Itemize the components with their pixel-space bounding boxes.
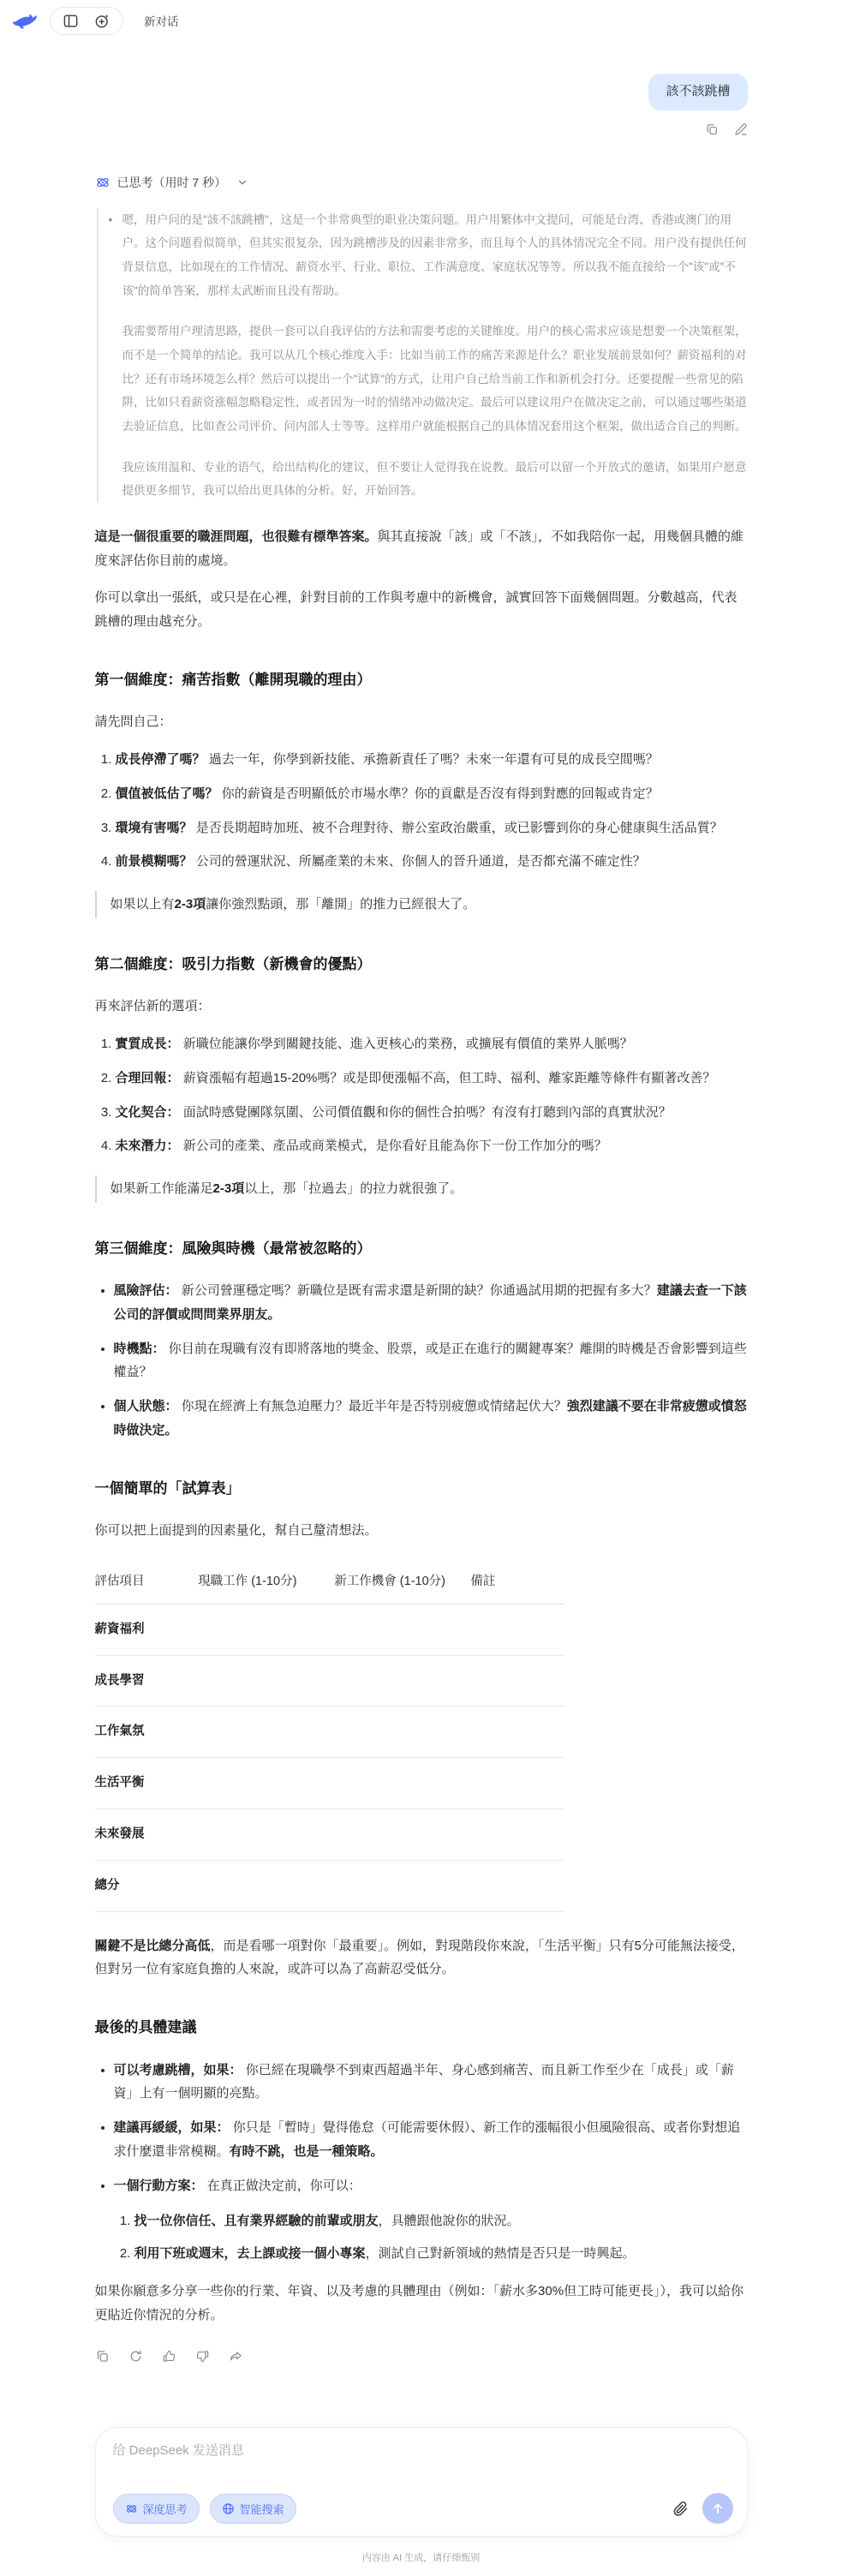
item-term: 可以考慮跳槽，如果： (114, 2063, 242, 2077)
list-item: 一個行動方案： 在真正做決定前，你可以： 找一位你信任、且有業界經驗的前輩或朋友… (114, 2174, 748, 2266)
empty-cell (198, 1604, 334, 1655)
item-term: 時機點： (114, 1342, 165, 1356)
item-text: 你的薪資是否明顯低於市場水準？你的貢獻是否沒有得到對應的回報或肯定？ (222, 786, 659, 801)
action-steps-list: 找一位你信任、且有業界經驗的前輩或朋友，具體跟他說你的狀況。 利用下班或週末，去… (114, 2209, 748, 2266)
item-term: 風險評估： (114, 1283, 178, 1298)
empty-cell (470, 1655, 564, 1706)
quote-text: 如果新工作能滿足 (110, 1181, 213, 1196)
list-item: 個人狀態： 你現在經濟上有無急迫壓力？最近半年是否特別疲憊或情緒起伏大？強烈建議… (114, 1395, 748, 1443)
item-term: 前景模糊嗎？ (116, 854, 193, 869)
empty-cell (334, 1706, 470, 1758)
dim2-quote: 如果新工作能滿足2-3項以上，那「拉過去」的拉力就很強了。 (95, 1175, 748, 1203)
assistant-answer: 這是一個很重要的職涯問題，也很難有標準答案。與其直接說「該」或「不該」，不如我陪… (95, 525, 748, 2327)
column-header: 評估項目 (95, 1562, 199, 1604)
composer-area: 深度思考 智能搜索 (95, 2427, 748, 2564)
item-text: 是否長期超時加班、被不合理對待、辦公室政治嚴重，或已影響到你的身心健康與生活品質… (196, 821, 723, 835)
table-lead: 你可以把上面提到的因素量化，幫自己釐清想法。 (95, 1519, 748, 1543)
deepseek-logo[interactable] (12, 11, 38, 31)
table-row: 成長學習 (95, 1655, 565, 1706)
item-text: 新職位能讓你學到關鍵技能、進入更核心的業務，或擴展有價值的業界人脈嗎？ (183, 1037, 633, 1051)
key-note: 關鍵不是比總分高低，而是看哪一項對你「最重要」。例如，對現階段你來說，「生活平衡… (95, 1934, 748, 1982)
item-text: 你目前在現職有沒有即將落地的獎金、股票，或是正在進行的關鍵專案？離開的時機是否會… (114, 1342, 747, 1380)
table-row: 總分 (95, 1860, 565, 1911)
send-button[interactable] (702, 2493, 733, 2524)
item-bold-tail: 有時不跳，也是一種策略。 (230, 2144, 384, 2159)
dim1-quote: 如果以上有2-3項讓你強烈點頭，那「離開」的推力已經很大了。 (95, 891, 748, 918)
arrow-up-icon (710, 2501, 726, 2516)
edit-user-message-button[interactable] (734, 123, 748, 136)
assistant-message-block: 已思考（用时 7 秒） • 嗯，用户问的是"該不該跳槽"，这是一个非常典型的职业… (95, 174, 748, 2364)
quote-text: 如果以上有 (110, 897, 175, 911)
row-label: 薪資福利 (95, 1604, 199, 1655)
copy-icon (95, 2349, 110, 2364)
item-text: 薪資漲幅有超過15-20%嗎？或是即便漲幅不高，但工時、福利、離家距離等條件有顯… (183, 1071, 716, 1085)
web-search-label: 智能搜索 (240, 2501, 284, 2517)
item-term: 一個行動方案： (114, 2179, 204, 2193)
empty-cell (334, 1808, 470, 1860)
step-bold: 利用下班或週末，去上課或接一個小專案 (134, 2246, 366, 2261)
thinking-header-label: 已思考（用时 7 秒） (117, 174, 227, 191)
item-term: 個人狀態： (114, 1399, 178, 1414)
section-heading-final: 最後的具體建議 (95, 2014, 748, 2041)
empty-cell (334, 1758, 470, 1809)
step-text: ，具體跟他說你的狀況。 (379, 2214, 520, 2228)
list-item: 價值被低估了嗎？ 你的薪資是否明顯低於市場水準？你的貢獻是否沒有得到對應的回報或… (116, 782, 748, 806)
quote-text: 以上，那「拉過去」的拉力就很強了。 (244, 1181, 463, 1196)
row-label: 工作氣氛 (95, 1706, 199, 1758)
key-note-bold: 關鍵不是比總分高低 (95, 1939, 211, 1953)
sidebar-toggle-button[interactable] (63, 13, 79, 29)
item-term: 成長停滯了嗎？ (116, 752, 206, 767)
thumbs-down-icon (195, 2349, 210, 2364)
user-message-bubble: 該不該跳槽 (648, 74, 747, 111)
final-list: 可以考慮跳槽，如果： 你已經在現職學不到東西超過半年、身心感到痛苦、而且新工作至… (95, 2059, 748, 2266)
quote-bold: 2-3項 (213, 1181, 245, 1196)
copy-user-message-button[interactable] (705, 123, 719, 136)
empty-cell (334, 1655, 470, 1706)
share-button[interactable] (229, 2349, 243, 2364)
user-message-actions (95, 123, 748, 136)
dim1-list: 成長停滯了嗎？ 過去一年，你學到新技能、承擔新責任了嗎？未來一年還有可見的成長空… (95, 748, 748, 874)
quote-text: 讓你強烈點頭，那「離開」的推力已經很大了。 (206, 897, 475, 911)
assistant-actions (95, 2349, 748, 2364)
intro-bold: 這是一個很重要的職涯問題，也很難有標準答案。 (95, 529, 378, 544)
share-icon (229, 2349, 243, 2364)
copy-response-button[interactable] (95, 2349, 110, 2364)
step-bold: 找一位你信任、且有業界經驗的前輩或朋友 (134, 2214, 379, 2228)
deepseek-whale-icon (12, 11, 38, 31)
thinking-paragraph: 我应该用温和、专业的语气，给出结构化的建议，但不要让人觉得我在说教。最后可以留一… (122, 456, 748, 503)
thinking-paragraph: 嗯，用户问的是"該不該跳槽"，这是一个非常典型的职业决策问题。用户用繁体中文提问… (122, 208, 748, 303)
section-heading-table: 一個簡單的「試算表」 (95, 1475, 748, 1502)
empty-cell (198, 1758, 334, 1809)
item-text: 新公司營運穩定嗎？新職位是既有需求還是新開的缺？你通過試用期的把握有多大？ (182, 1283, 657, 1298)
thumbs-down-button[interactable] (195, 2349, 210, 2364)
empty-cell (198, 1808, 334, 1860)
list-item: 環境有害嗎？ 是否長期超時加班、被不合理對待、辦公室政治嚴重，或已影響到你的身心… (116, 816, 748, 840)
list-item: 成長停滯了嗎？ 過去一年，你學到新技能、承擔新責任了嗎？未來一年還有可見的成長空… (116, 748, 748, 772)
intro-paragraph: 這是一個很重要的職涯問題，也很難有標準答案。與其直接說「該」或「不該」，不如我陪… (95, 525, 748, 573)
deepthink-toggle[interactable]: 深度思考 (113, 2494, 200, 2524)
thumbs-up-icon (162, 2349, 176, 2364)
quote-bold: 2-3項 (175, 897, 206, 911)
deepthink-atom-icon (125, 2502, 138, 2515)
table-row: 工作氣氛 (95, 1706, 565, 1758)
chat-content: 該不該跳槽 已思考（用时 7 秒） (95, 74, 748, 2364)
row-label: 生活平衡 (95, 1758, 199, 1809)
section-heading-dim2: 第二個維度：吸引力指數（新機會的優點） (95, 951, 748, 977)
empty-cell (334, 1604, 470, 1655)
composer[interactable]: 深度思考 智能搜索 (95, 2427, 748, 2537)
score-table: 評估項目 現職工作 (1-10分) 新工作機會 (1-10分) 備註 薪資福利 … (95, 1562, 565, 1912)
row-label: 未來發展 (95, 1808, 199, 1860)
empty-cell (470, 1860, 564, 1911)
empty-cell (470, 1758, 564, 1809)
item-term: 價值被低估了嗎？ (116, 786, 218, 801)
item-text: 公司的營運狀況、所屬產業的未來、你個人的晉升通道，是否都充滿不確定性？ (196, 854, 646, 869)
thinking-paragraph: 我需要帮用户理清思路，提供一套可以自我评估的方法和需要考虑的关键维度。用户的核心… (122, 320, 748, 438)
item-term: 環境有害嗎？ (116, 821, 193, 835)
list-item: 文化契合： 面試時感覺團隊氛圍、公司價值觀和你的個性合拍嗎？有沒有打聽到內部的真… (116, 1101, 748, 1125)
item-text: 新公司的產業、產品或商業模式，是你看好且能為你下一份工作加分的嗎？ (183, 1139, 607, 1153)
item-term: 合理回報： (116, 1071, 180, 1085)
column-header: 新工作機會 (1-10分) (334, 1562, 470, 1604)
regenerate-icon (128, 2349, 143, 2364)
list-item: 未來潛力： 新公司的產業、產品或商業模式，是你看好且能為你下一份工作加分的嗎？ (116, 1134, 748, 1158)
empty-cell (198, 1655, 334, 1706)
item-text: 面試時感覺團隊氛圍、公司價值觀和你的個性合拍嗎？有沒有打聽到內部的真實狀況？ (183, 1105, 672, 1120)
list-item: 利用下班或週末，去上課或接一個小專案，測試自己對新領域的熱情是否只是一時興起。 (134, 2242, 748, 2266)
step-text: ，測試自己對新領域的熱情是否只是一時興起。 (366, 2246, 636, 2261)
table-header-row: 評估項目 現職工作 (1-10分) 新工作機會 (1-10分) 備註 (95, 1562, 565, 1604)
item-term: 文化契合： (116, 1105, 180, 1120)
ai-disclaimer: 内容由 AI 生成，请仔细甄别 (95, 2550, 748, 2564)
column-header: 現職工作 (1-10分) (198, 1562, 334, 1604)
table-row: 薪資福利 (95, 1604, 565, 1655)
empty-cell (470, 1604, 564, 1655)
empty-cell (470, 1706, 564, 1758)
empty-cell (470, 1808, 564, 1860)
thinking-toggle[interactable]: 已思考（用时 7 秒） (95, 174, 249, 191)
dim1-lead: 請先問自己： (95, 710, 748, 734)
row-label: 成長學習 (95, 1655, 199, 1706)
new-chat-button[interactable] (94, 13, 110, 29)
list-item: 時機點： 你目前在現職有沒有即將落地的獎金、股票，或是正在進行的關鍵專案？離開的… (114, 1337, 748, 1385)
globe-icon (222, 2502, 235, 2515)
row-label: 總分 (95, 1860, 199, 1911)
paperclip-icon (672, 2500, 689, 2517)
regenerate-button[interactable] (128, 2349, 143, 2364)
chevron-down-icon (236, 176, 248, 188)
pencil-icon (734, 123, 748, 136)
deepthink-label: 深度思考 (143, 2501, 188, 2517)
empty-cell (334, 1860, 470, 1911)
dim2-lead: 再來評估新的選項： (95, 995, 748, 1019)
item-text: 你現在經濟上有無急迫壓力？最近半年是否特別疲憊或情緒起伏大？ (182, 1399, 567, 1414)
thinking-content: • 嗯，用户问的是"該不該跳槽"，这是一个非常典型的职业决策问题。用户用繁体中文… (97, 208, 748, 503)
dim3-list: 風險評估： 新公司營運穩定嗎？新職位是既有需求還是新開的缺？你通過試用期的把握有… (95, 1279, 748, 1443)
list-item: 找一位你信任、且有業界經驗的前輩或朋友，具體跟他說你的狀況。 (134, 2209, 748, 2233)
attach-button[interactable] (672, 2500, 689, 2517)
list-item: 合理回報： 薪資漲幅有超過15-20%嗎？或是即便漲幅不高，但工時、福利、離家距… (116, 1067, 748, 1091)
panel-left-icon (63, 13, 79, 29)
nav-pill (50, 7, 123, 35)
intro-paragraph-2: 你可以拿出一張紙，或只是在心裡，針對目前的工作與考慮中的新機會，誠實回答下面幾個… (95, 586, 748, 634)
deepseek-chat-page: 新对话 該不該跳槽 (0, 0, 842, 2564)
empty-cell (198, 1706, 334, 1758)
new-chat-icon (94, 13, 110, 29)
thumbs-up-button[interactable] (162, 2349, 176, 2364)
column-header: 備註 (470, 1562, 564, 1604)
item-text: 在真正做決定前，你可以： (207, 2179, 361, 2193)
composer-controls: 深度思考 智能搜索 (113, 2493, 733, 2524)
section-heading-dim3: 第三個維度：風險與時機（最常被忽略的） (95, 1235, 748, 1262)
list-item: 建議再緩緩，如果： 你只是「暫時」覺得倦怠（可能需要休假）、新工作的漲幅很小但風… (114, 2116, 748, 2164)
list-item: 前景模糊嗎？ 公司的營運狀況、所屬產業的未來、你個人的晉升通道，是否都充滿不確定… (116, 850, 748, 874)
web-search-toggle[interactable]: 智能搜索 (210, 2494, 296, 2524)
topbar: 新对话 (0, 0, 842, 41)
message-input[interactable] (113, 2443, 733, 2458)
empty-cell (198, 1860, 334, 1911)
item-term: 建議再緩緩，如果： (114, 2120, 230, 2135)
table-row: 生活平衡 (95, 1758, 565, 1809)
list-item: 風險評估： 新公司營運穩定嗎？新職位是既有需求還是新開的缺？你通過試用期的把握有… (114, 1279, 748, 1327)
table-row: 未來發展 (95, 1808, 565, 1860)
copy-icon (705, 123, 719, 136)
dim2-list: 實質成長： 新職位能讓你學到關鍵技能、進入更核心的業務，或擴展有價值的業界人脈嗎… (95, 1032, 748, 1158)
item-text: 過去一年，你學到新技能、承擔新責任了嗎？未來一年還有可見的成長空間嗎？ (209, 752, 659, 767)
list-item: 實質成長： 新職位能讓你學到關鍵技能、進入更核心的業務，或擴展有價值的業界人脈嗎… (116, 1032, 748, 1056)
section-heading-dim1: 第一個維度：痛苦指數（離開現職的理由） (95, 666, 748, 693)
deepthink-atom-icon (95, 175, 110, 190)
closing-paragraph: 如果你願意多分享一些你的行業、年資、以及考慮的具體理由（例如：「薪水多30%但工… (95, 2280, 748, 2328)
chat-title: 新对话 (144, 12, 179, 29)
item-term: 實質成長： (116, 1037, 180, 1051)
thinking-bullet: • (109, 208, 122, 503)
list-item: 可以考慮跳槽，如果： 你已經在現職學不到東西超過半年、身心感到痛苦、而且新工作至… (114, 2059, 748, 2107)
item-term: 未來潛力： (116, 1139, 180, 1153)
